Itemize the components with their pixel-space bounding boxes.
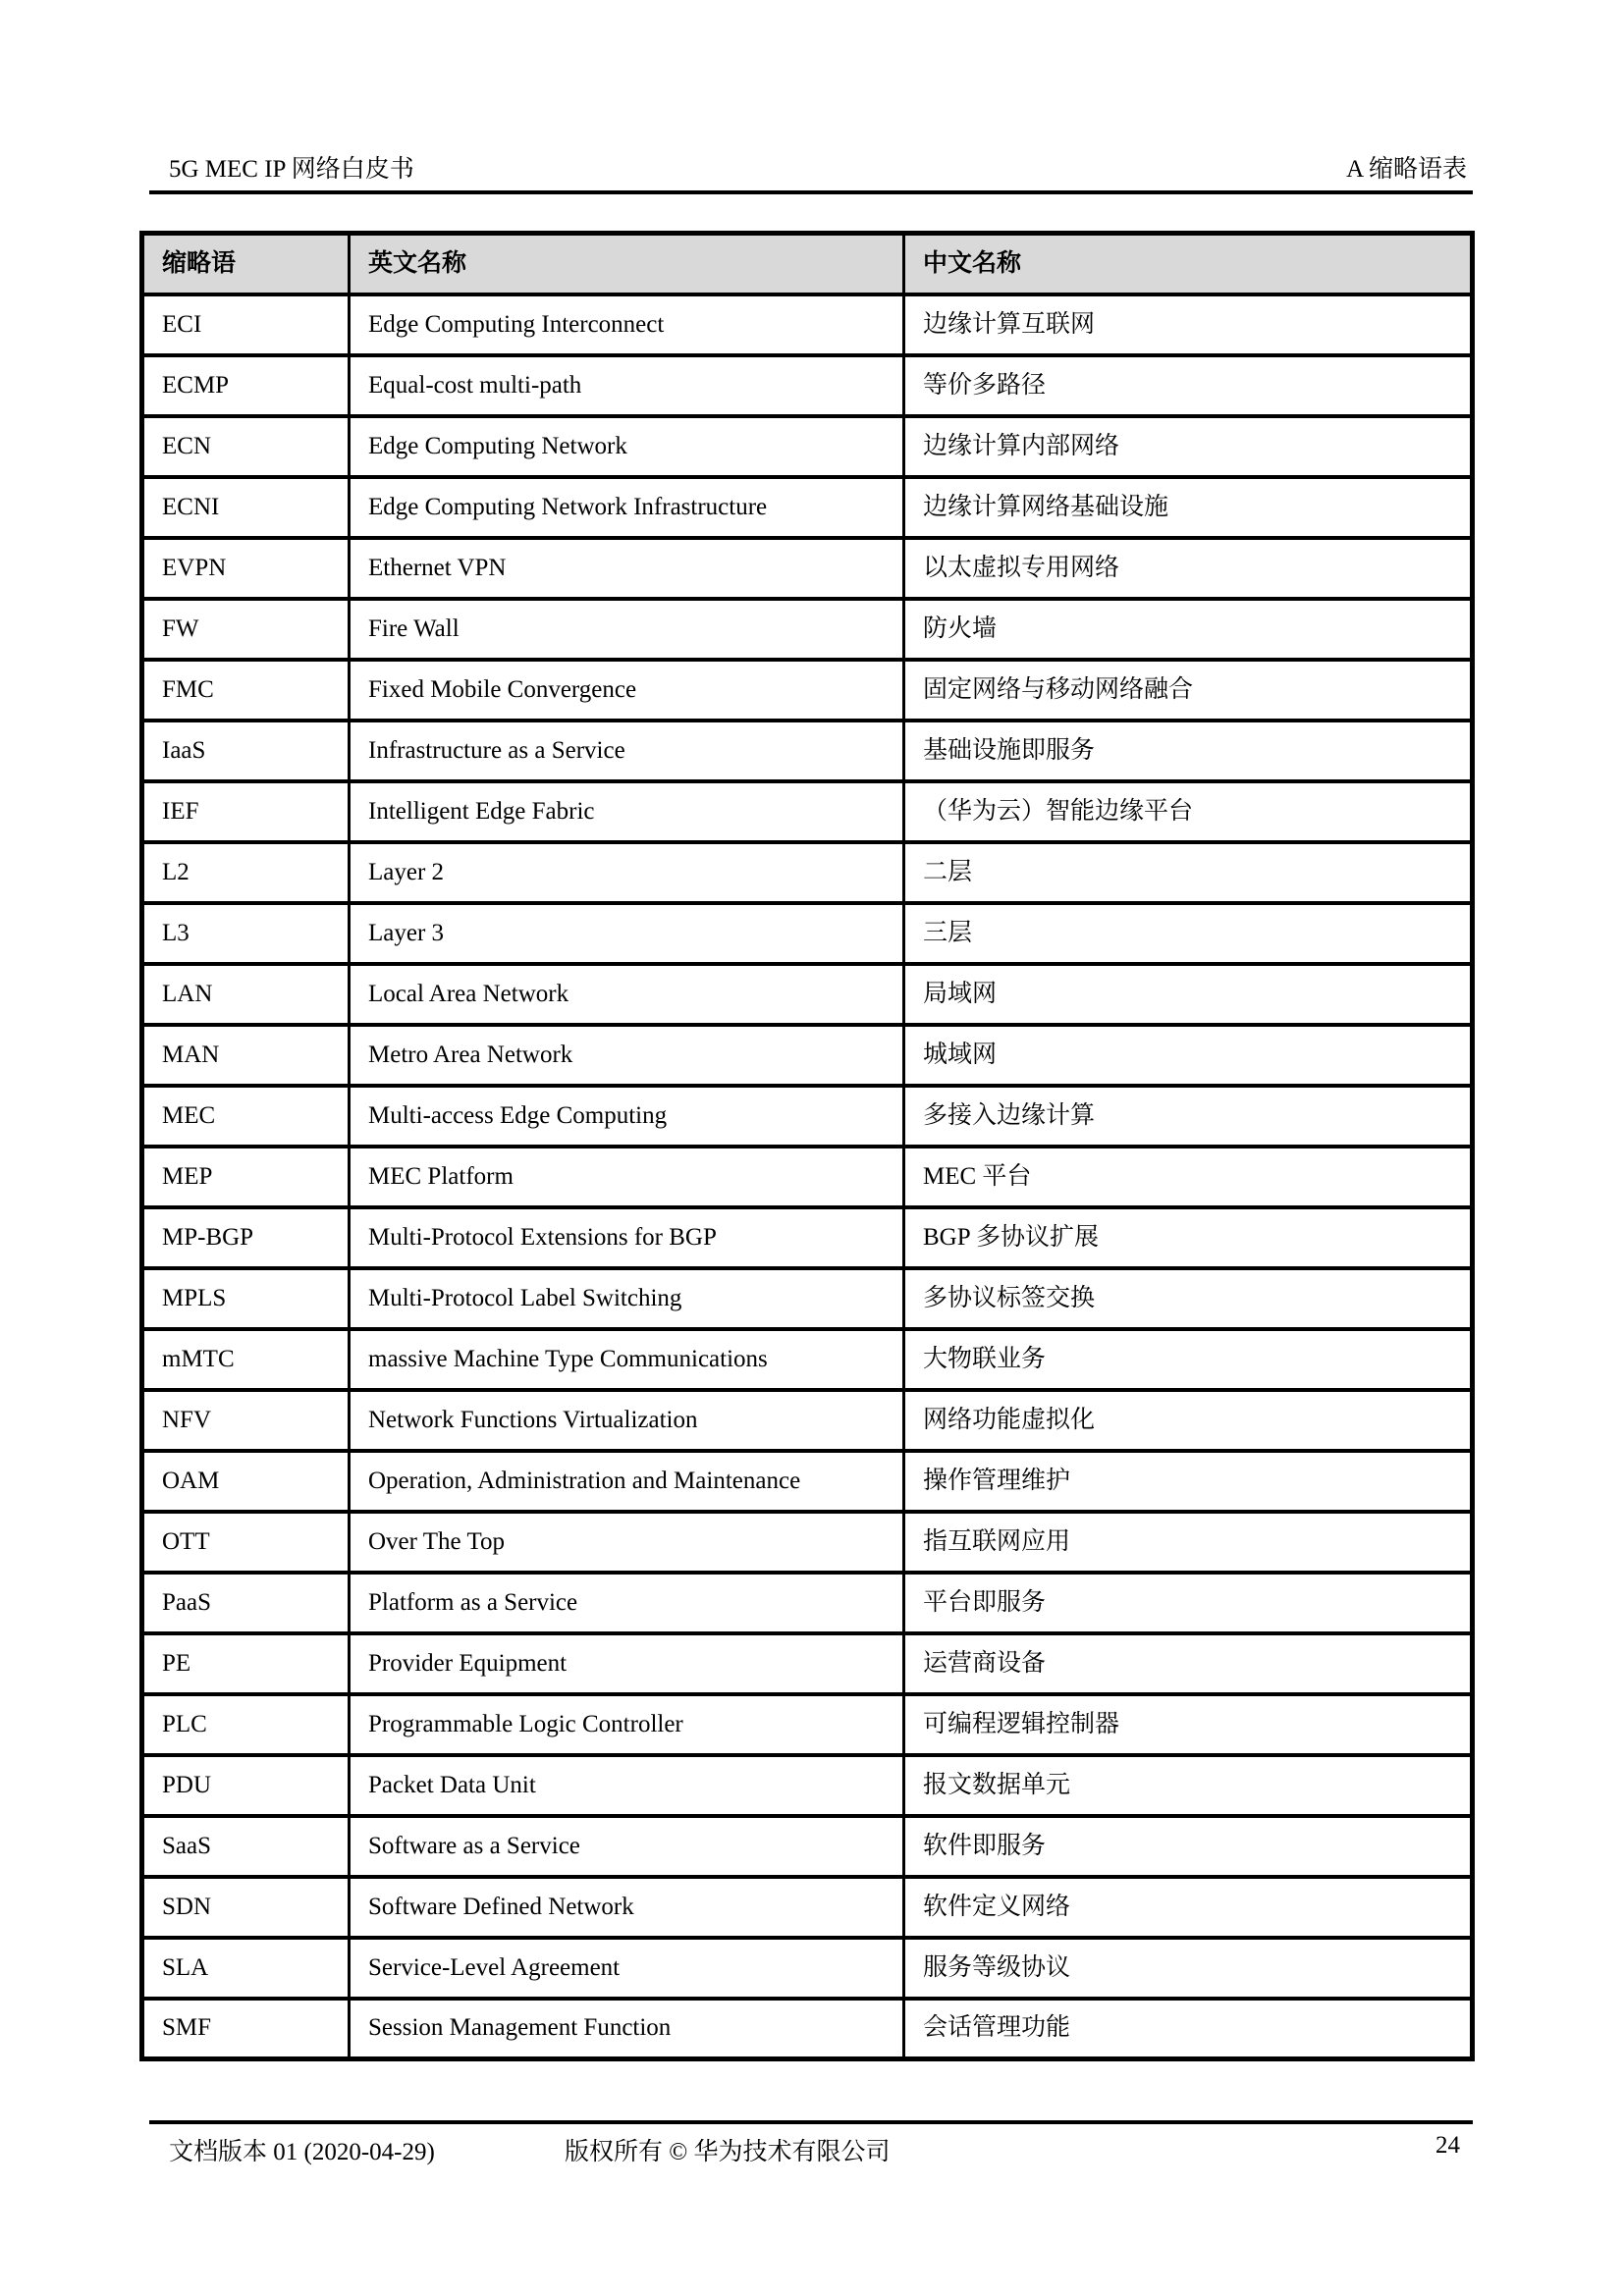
table-row: ECNIEdge Computing Network Infrastructur…: [142, 477, 1473, 538]
table-row: IEFIntelligent Edge Fabric（华为云）智能边缘平台: [142, 781, 1473, 842]
abbreviation-cell: SDN: [142, 1877, 350, 1938]
chinese-name-cell: 网络功能虚拟化: [904, 1390, 1473, 1451]
table-row: MEPMEC PlatformMEC 平台: [142, 1147, 1473, 1207]
english-name-cell: Metro Area Network: [350, 1025, 904, 1086]
chinese-name-cell: 报文数据单元: [904, 1755, 1473, 1816]
abbreviation-cell: ECN: [142, 416, 350, 477]
chinese-name-cell: MEC 平台: [904, 1147, 1473, 1207]
chinese-name-cell: 以太虚拟专用网络: [904, 538, 1473, 599]
table-row: ECIEdge Computing Interconnect边缘计算互联网: [142, 294, 1473, 355]
abbreviation-cell: IaaS: [142, 721, 350, 781]
english-name-cell: Infrastructure as a Service: [350, 721, 904, 781]
abbreviation-cell: ECNI: [142, 477, 350, 538]
table-row: FMCFixed Mobile Convergence固定网络与移动网络融合: [142, 660, 1473, 721]
abbreviation-cell: mMTC: [142, 1329, 350, 1390]
abbreviation-table-head: 缩略语英文名称中文名称: [142, 234, 1473, 294]
chinese-name-cell: 多协议标签交换: [904, 1268, 1473, 1329]
table-row: MP-BGPMulti-Protocol Extensions for BGPB…: [142, 1207, 1473, 1268]
footer-rule: [149, 2120, 1473, 2124]
chinese-name-cell: 多接入边缘计算: [904, 1086, 1473, 1147]
chinese-name-cell: （华为云）智能边缘平台: [904, 781, 1473, 842]
english-name-cell: Operation, Administration and Maintenanc…: [350, 1451, 904, 1512]
english-name-cell: Programmable Logic Controller: [350, 1694, 904, 1755]
english-name-cell: Platform as a Service: [350, 1573, 904, 1633]
english-name-cell: Ethernet VPN: [350, 538, 904, 599]
page-header: 5G MEC IP 网络白皮书 A 缩略语表: [169, 155, 1467, 185]
english-name-cell: Multi-access Edge Computing: [350, 1086, 904, 1147]
abbreviation-cell: PDU: [142, 1755, 350, 1816]
table-row: EVPNEthernet VPN以太虚拟专用网络: [142, 538, 1473, 599]
english-name-cell: MEC Platform: [350, 1147, 904, 1207]
chinese-name-cell: 软件即服务: [904, 1816, 1473, 1877]
footer-page-number: 24: [1435, 2132, 1460, 2160]
abbreviation-cell: PLC: [142, 1694, 350, 1755]
abbreviation-cell: EVPN: [142, 538, 350, 599]
table-row: PLCProgrammable Logic Controller可编程逻辑控制器: [142, 1694, 1473, 1755]
chinese-name-cell: 边缘计算网络基础设施: [904, 477, 1473, 538]
abbreviation-cell: FW: [142, 599, 350, 660]
table-row: MPLSMulti-Protocol Label Switching多协议标签交…: [142, 1268, 1473, 1329]
abbreviation-cell: NFV: [142, 1390, 350, 1451]
abbreviation-cell: LAN: [142, 964, 350, 1025]
english-name-cell: Multi-Protocol Extensions for BGP: [350, 1207, 904, 1268]
table-header-row: 缩略语英文名称中文名称: [142, 234, 1473, 294]
table-row: SMFSession Management Function会话管理功能: [142, 1999, 1473, 2059]
chinese-name-cell: 边缘计算互联网: [904, 294, 1473, 355]
english-name-cell: Service-Level Agreement: [350, 1938, 904, 1999]
english-name-cell: Layer 2: [350, 842, 904, 903]
table-row: SDNSoftware Defined Network软件定义网络: [142, 1877, 1473, 1938]
english-name-cell: Edge Computing Network: [350, 416, 904, 477]
column-header-1: 英文名称: [350, 234, 904, 294]
chinese-name-cell: 边缘计算内部网络: [904, 416, 1473, 477]
abbreviation-cell: MAN: [142, 1025, 350, 1086]
english-name-cell: Edge Computing Network Infrastructure: [350, 477, 904, 538]
english-name-cell: Software Defined Network: [350, 1877, 904, 1938]
table-row: IaaSInfrastructure as a Service基础设施即服务: [142, 721, 1473, 781]
abbreviation-cell: SaaS: [142, 1816, 350, 1877]
english-name-cell: Intelligent Edge Fabric: [350, 781, 904, 842]
chinese-name-cell: BGP 多协议扩展: [904, 1207, 1473, 1268]
chinese-name-cell: 大物联业务: [904, 1329, 1473, 1390]
abbreviation-cell: MEP: [142, 1147, 350, 1207]
chinese-name-cell: 会话管理功能: [904, 1999, 1473, 2059]
abbreviation-cell: PaaS: [142, 1573, 350, 1633]
english-name-cell: Session Management Function: [350, 1999, 904, 2059]
table-row: OTTOver The Top指互联网应用: [142, 1512, 1473, 1573]
chinese-name-cell: 固定网络与移动网络融合: [904, 660, 1473, 721]
chinese-name-cell: 运营商设备: [904, 1633, 1473, 1694]
english-name-cell: Fire Wall: [350, 599, 904, 660]
chinese-name-cell: 三层: [904, 903, 1473, 964]
chinese-name-cell: 软件定义网络: [904, 1877, 1473, 1938]
abbreviation-cell: IEF: [142, 781, 350, 842]
english-name-cell: Software as a Service: [350, 1816, 904, 1877]
table-row: MANMetro Area Network城域网: [142, 1025, 1473, 1086]
chinese-name-cell: 局域网: [904, 964, 1473, 1025]
abbreviation-cell: L3: [142, 903, 350, 964]
abbreviation-cell: ECMP: [142, 355, 350, 416]
english-name-cell: massive Machine Type Communications: [350, 1329, 904, 1390]
abbreviation-cell: SMF: [142, 1999, 350, 2059]
table-row: OAMOperation, Administration and Mainten…: [142, 1451, 1473, 1512]
chinese-name-cell: 二层: [904, 842, 1473, 903]
english-name-cell: Edge Computing Interconnect: [350, 294, 904, 355]
chinese-name-cell: 可编程逻辑控制器: [904, 1694, 1473, 1755]
doc-title: 5G MEC IP 网络白皮书: [169, 155, 414, 185]
column-header-2: 中文名称: [904, 234, 1473, 294]
table-row: mMTCmassive Machine Type Communications大…: [142, 1329, 1473, 1390]
english-name-cell: Network Functions Virtualization: [350, 1390, 904, 1451]
abbreviation-table-body: ECIEdge Computing Interconnect边缘计算互联网ECM…: [142, 294, 1473, 2059]
abbreviation-cell: MEC: [142, 1086, 350, 1147]
table-row: FWFire Wall防火墙: [142, 599, 1473, 660]
chinese-name-cell: 平台即服务: [904, 1573, 1473, 1633]
chinese-name-cell: 操作管理维护: [904, 1451, 1473, 1512]
table-row: LANLocal Area Network局域网: [142, 964, 1473, 1025]
abbreviation-cell: MP-BGP: [142, 1207, 350, 1268]
column-header-0: 缩略语: [142, 234, 350, 294]
chinese-name-cell: 城域网: [904, 1025, 1473, 1086]
footer-copyright: 版权所有 © 华为技术有限公司: [565, 2132, 891, 2167]
header-rule: [149, 190, 1473, 194]
abbreviation-cell: MPLS: [142, 1268, 350, 1329]
abbreviation-cell: OAM: [142, 1451, 350, 1512]
chinese-name-cell: 指互联网应用: [904, 1512, 1473, 1573]
english-name-cell: Multi-Protocol Label Switching: [350, 1268, 904, 1329]
table-row: NFVNetwork Functions Virtualization网络功能虚…: [142, 1390, 1473, 1451]
english-name-cell: Packet Data Unit: [350, 1755, 904, 1816]
table-row: PDUPacket Data Unit报文数据单元: [142, 1755, 1473, 1816]
english-name-cell: Local Area Network: [350, 964, 904, 1025]
footer-doc-version: 文档版本 01 (2020-04-29): [169, 2132, 435, 2167]
abbreviation-cell: ECI: [142, 294, 350, 355]
english-name-cell: Layer 3: [350, 903, 904, 964]
english-name-cell: Provider Equipment: [350, 1633, 904, 1694]
table-row: PaaSPlatform as a Service平台即服务: [142, 1573, 1473, 1633]
abbreviation-table: 缩略语英文名称中文名称 ECIEdge Computing Interconne…: [139, 231, 1475, 2061]
chinese-name-cell: 基础设施即服务: [904, 721, 1473, 781]
english-name-cell: Equal-cost multi-path: [350, 355, 904, 416]
chinese-name-cell: 防火墙: [904, 599, 1473, 660]
table-row: L3Layer 3三层: [142, 903, 1473, 964]
chinese-name-cell: 服务等级协议: [904, 1938, 1473, 1999]
table-row: PEProvider Equipment运营商设备: [142, 1633, 1473, 1694]
table-row: SaaSSoftware as a Service软件即服务: [142, 1816, 1473, 1877]
abbreviation-cell: SLA: [142, 1938, 350, 1999]
section-title: A 缩略语表: [1346, 155, 1467, 185]
english-name-cell: Over The Top: [350, 1512, 904, 1573]
table-row: MECMulti-access Edge Computing多接入边缘计算: [142, 1086, 1473, 1147]
abbreviation-cell: FMC: [142, 660, 350, 721]
table-row: ECMPEqual-cost multi-path等价多路径: [142, 355, 1473, 416]
abbreviation-cell: OTT: [142, 1512, 350, 1573]
chinese-name-cell: 等价多路径: [904, 355, 1473, 416]
abbreviation-cell: PE: [142, 1633, 350, 1694]
document-page: 5G MEC IP 网络白皮书 A 缩略语表 缩略语英文名称中文名称 ECIEd…: [0, 0, 1624, 2296]
table-row: L2Layer 2二层: [142, 842, 1473, 903]
abbreviation-cell: L2: [142, 842, 350, 903]
english-name-cell: Fixed Mobile Convergence: [350, 660, 904, 721]
table-row: SLAService-Level Agreement服务等级协议: [142, 1938, 1473, 1999]
table-row: ECNEdge Computing Network边缘计算内部网络: [142, 416, 1473, 477]
